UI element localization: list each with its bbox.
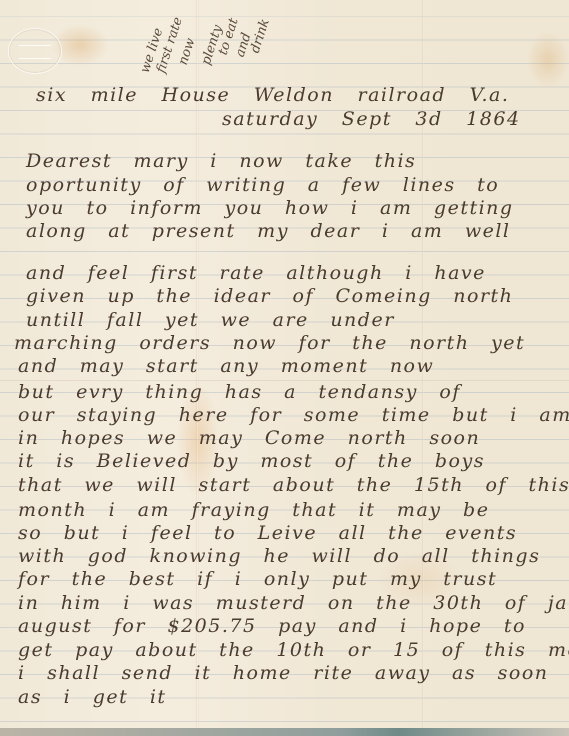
letter-line: with god knowing he will do all things bbox=[18, 545, 540, 567]
letter-line: Dearest mary i now take this bbox=[26, 150, 416, 172]
letter-line: our staying here for some time but i am bbox=[18, 404, 569, 426]
letter-line: along at present my dear i am well bbox=[26, 220, 511, 242]
letter-line: that we will start about the 15th of thi… bbox=[18, 474, 569, 496]
letter-date-heading: saturday Sept 3d 1864 bbox=[222, 108, 521, 130]
letter-page: we live first rate now plenty to eat and… bbox=[0, 0, 569, 728]
embossed-seal-icon bbox=[8, 28, 62, 74]
letter-line: untill fall yet we are under bbox=[26, 309, 395, 331]
margin-note: drink bbox=[248, 17, 273, 55]
letter-line: for the best if i only put my trust bbox=[18, 568, 497, 590]
letter-line: august for $205.75 pay and i hope to bbox=[18, 615, 526, 637]
letter-line: and may start any moment now bbox=[18, 355, 434, 377]
letter-line: in him i was musterd on the 30th of ja bbox=[18, 592, 568, 614]
letter-line: oportunity of writing a few lines to bbox=[26, 174, 499, 196]
letter-line: but evry thing has a tendansy of bbox=[18, 381, 461, 403]
letter-line: get pay about the 10th or 15 of this mon… bbox=[18, 639, 569, 661]
letter-line: in hopes we may Come north soon bbox=[18, 427, 480, 449]
letter-line: i shall send it home rite away as soon bbox=[18, 662, 549, 684]
letter-line: and feel first rate although i have bbox=[26, 262, 486, 284]
letter-line: it is Believed by most of the boys bbox=[18, 450, 485, 472]
letter-line: month i am fraying that it may be bbox=[18, 499, 489, 521]
letter-line: you to inform you how i am getting bbox=[26, 197, 514, 219]
letter-line: so but i feel to Leive all the events bbox=[18, 522, 517, 544]
letter-line: as i get it bbox=[18, 686, 167, 708]
letter-line: marching orders now for the north yet bbox=[14, 332, 525, 354]
letter-line: given up the idear of Comeing north bbox=[26, 285, 513, 307]
letter-place-heading: six mile House Weldon railroad V.a. bbox=[36, 84, 509, 106]
page-edge-shadow bbox=[0, 728, 569, 736]
